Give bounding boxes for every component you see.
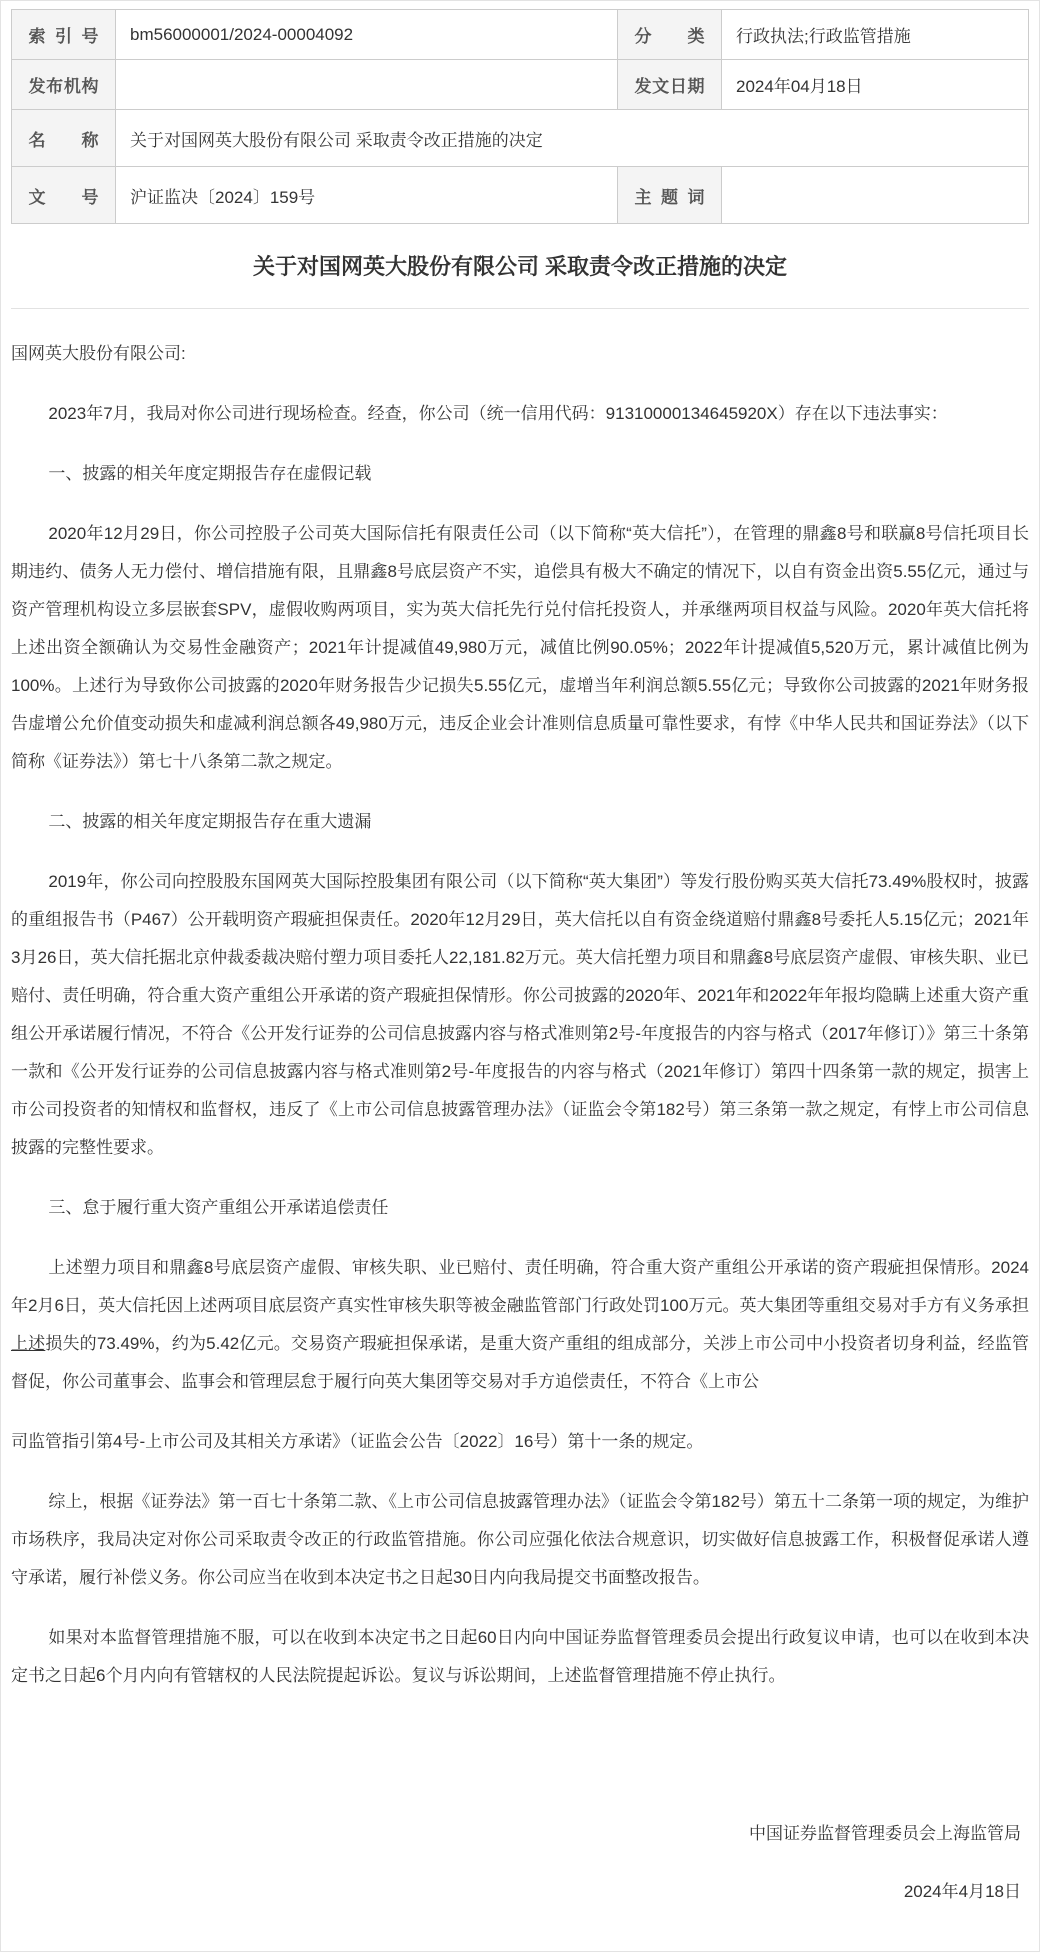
issue-date: 2024年4月18日 [11, 1873, 1021, 1911]
meta-row-4: 文号 沪证监决〔2024〕159号 主题词 [12, 167, 1029, 224]
meta-label-index: 索引号 [12, 10, 116, 60]
meta-row-1: 索引号 bm56000001/2024-00004092 分类 行政执法;行政监… [12, 10, 1029, 60]
document-body: 国网英大股份有限公司: 2023年7月，我局对你公司进行现场检查。经查，你公司（… [11, 335, 1029, 1695]
meta-label-pubdate: 发文日期 [618, 60, 722, 110]
meta-value-docno: 沪证监决〔2024〕159号 [116, 167, 618, 224]
closing-paragraph-2: 如果对本监督管理措施不服，可以在收到本决定书之日起60日内向中国证券监督管理委员… [11, 1619, 1029, 1695]
section3-text-a: 上述塑力项目和鼎鑫8号底层资产虚假、审核失职、业已赔付、责任明确，符合重大资产重… [11, 1258, 1029, 1315]
meta-label-name: 名称 [12, 110, 116, 167]
title-divider [11, 308, 1029, 309]
meta-value-name: 关于对国网英大股份有限公司 采取责令改正措施的决定 [116, 110, 1029, 167]
section2-paragraph: 2019年，你公司向控股股东国网英大国际控股集团有限公司（以下简称“英大集团”）… [11, 863, 1029, 1167]
meta-label-category: 分类 [618, 10, 722, 60]
document-page: 索引号 bm56000001/2024-00004092 分类 行政执法;行政监… [0, 0, 1040, 1952]
document-title: 关于对国网英大股份有限公司 采取责令改正措施的决定 [11, 252, 1029, 282]
section3-paragraph: 上述塑力项目和鼎鑫8号底层资产虚假、审核失职、业已赔付、责任明确，符合重大资产重… [11, 1249, 1029, 1401]
salutation: 国网英大股份有限公司: [11, 335, 1029, 373]
section3-underlined-text: 上述 [11, 1334, 45, 1353]
section2-heading: 二、披露的相关年度定期报告存在重大遗漏 [11, 803, 1029, 841]
meta-value-issuer [116, 60, 618, 110]
section1-heading: 一、披露的相关年度定期报告存在虚假记载 [11, 455, 1029, 493]
issuing-authority: 中国证券监督管理委员会上海监管局 [11, 1815, 1021, 1853]
meta-value-subject [722, 167, 1029, 224]
section1-paragraph: 2020年12月29日，你公司控股子公司英大国际信托有限责任公司（以下简称“英大… [11, 515, 1029, 781]
meta-value-category: 行政执法;行政监管措施 [722, 10, 1029, 60]
section3-paragraph-continued: 司监管指引第4号-上市公司及其相关方承诺》（证监会公告〔2022〕16号）第十一… [11, 1423, 1029, 1461]
meta-label-subject: 主题词 [618, 167, 722, 224]
signature-block: 中国证券监督管理委员会上海监管局 2024年4月18日 [11, 1815, 1029, 1911]
meta-row-3: 名称 关于对国网英大股份有限公司 采取责令改正措施的决定 [12, 110, 1029, 167]
metadata-table: 索引号 bm56000001/2024-00004092 分类 行政执法;行政监… [11, 9, 1029, 224]
paragraph-intro: 2023年7月，我局对你公司进行现场检查。经查，你公司（统一信用代码：91310… [11, 395, 1029, 433]
meta-value-index: bm56000001/2024-00004092 [116, 10, 618, 60]
meta-row-2: 发布机构 发文日期 2024年04月18日 [12, 60, 1029, 110]
closing-paragraph-1: 综上，根据《证券法》第一百七十条第二款、《上市公司信息披露管理办法》（证监会令第… [11, 1483, 1029, 1597]
meta-label-docno: 文号 [12, 167, 116, 224]
meta-value-pubdate: 2024年04月18日 [722, 60, 1029, 110]
meta-label-issuer: 发布机构 [12, 60, 116, 110]
section3-text-b: 损失的73.49%，约为5.42亿元。交易资产瑕疵担保承诺，是重大资产重组的组成… [11, 1334, 1029, 1391]
section3-heading: 三、怠于履行重大资产重组公开承诺追偿责任 [11, 1189, 1029, 1227]
